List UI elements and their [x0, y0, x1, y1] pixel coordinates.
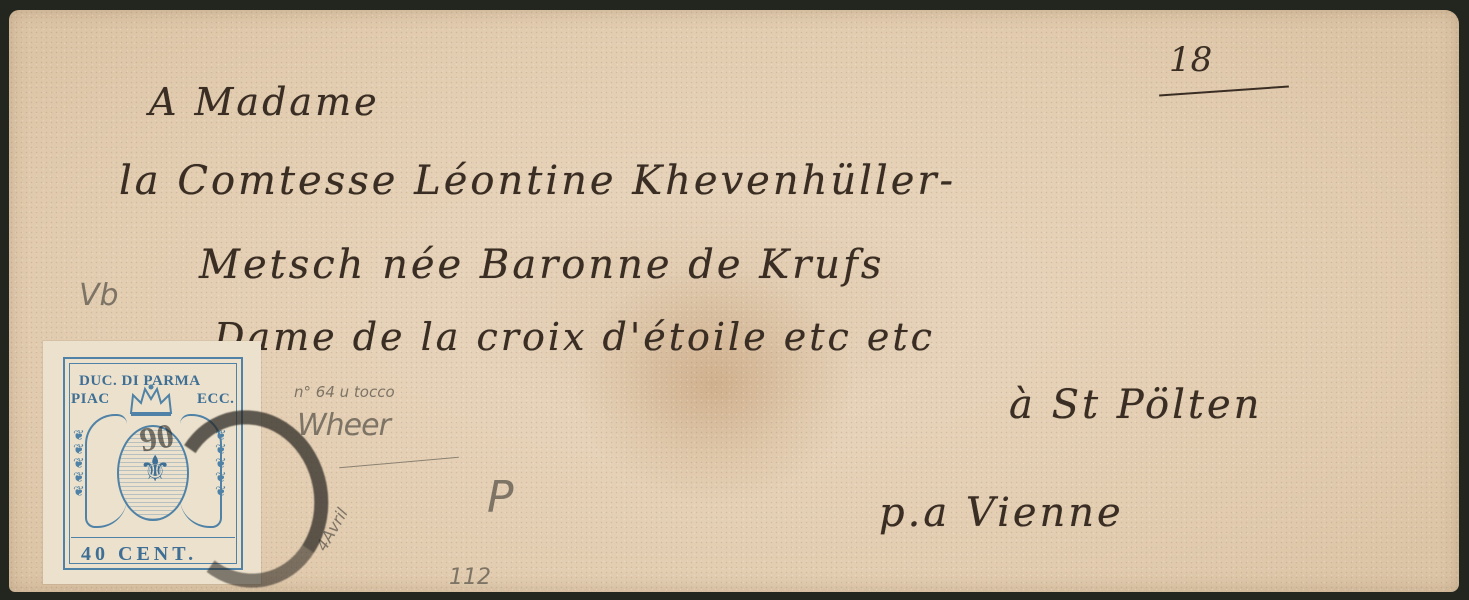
crown-icon	[127, 383, 175, 419]
pencil-letter-mark: P	[487, 472, 514, 523]
address-line-6: p.a Vienne	[879, 490, 1124, 536]
stamp-right-text: ECC.	[197, 391, 234, 408]
postmark-text: 90	[137, 417, 177, 460]
reference-number: 18	[1169, 40, 1212, 80]
pencil-signature: Wheer	[297, 408, 390, 443]
wreath-left-icon: ❦❦❦❦❦	[73, 429, 93, 529]
address-line-4: Dame de la croix d'étoile etc etc	[214, 315, 935, 359]
pencil-corner-mark: Vb	[79, 278, 119, 313]
stamp-top-text: DUC. DI PARMA	[79, 373, 201, 390]
address-line-3: Metsch née Baronne de Krufs	[199, 242, 884, 288]
scan-background: 18 A Madame la Comtesse Léontine Khevenh…	[0, 0, 1469, 600]
address-line-2: la Comtesse Léontine Khevenhüller-	[119, 158, 956, 204]
address-line-1: A Madame	[149, 80, 380, 124]
pencil-note: n° 64 u tocco	[294, 383, 395, 401]
stamp-value: 40 CENT.	[81, 543, 197, 566]
pencil-number: 112	[449, 565, 491, 590]
stamp-left-text: PIAC	[71, 391, 110, 408]
stamp-scroll-left	[85, 414, 127, 528]
address-line-5: à St Pölten	[1009, 382, 1262, 428]
